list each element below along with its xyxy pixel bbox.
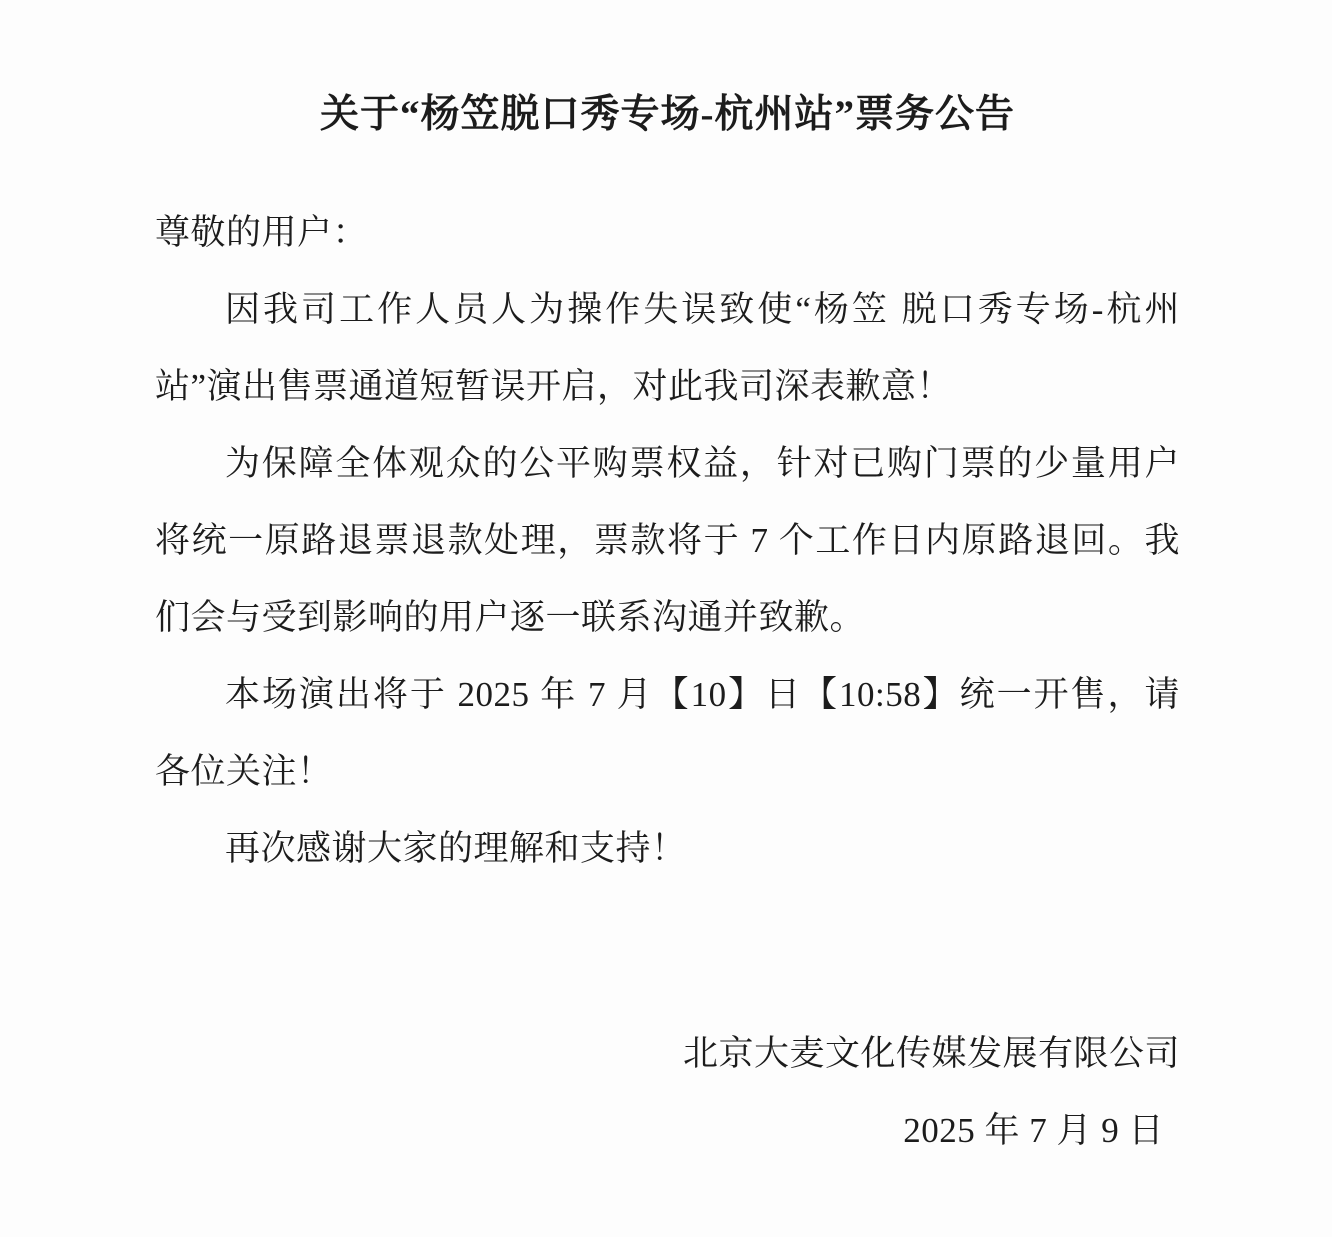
paragraph-onsale-time: 本场演出将于 2025 年 7 月【10】日【10:58】统一开售，请各位关注！ xyxy=(155,656,1180,810)
signature-company: 北京大麦文化传媒发展有限公司 xyxy=(155,1015,1180,1092)
announcement-document: 关于“杨笠脱口秀专场-杭州站”票务公告 尊敬的用户： 因我司工作人员人为操作失误… xyxy=(0,0,1332,1237)
salutation-line: 尊敬的用户： xyxy=(155,194,1180,271)
paragraph-apology: 因我司工作人员人为操作失误致使“杨笠 脱口秀专场-杭州站”演出售票通道短暂误开启… xyxy=(155,271,1180,425)
signature-block: 北京大麦文化传媒发展有限公司 2025 年 7 月 9 日 xyxy=(155,1015,1180,1169)
document-title: 关于“杨笠脱口秀专场-杭州站”票务公告 xyxy=(155,88,1180,142)
signature-date: 2025 年 7 月 9 日 xyxy=(155,1092,1180,1169)
paragraph-refund-policy: 为保障全体观众的公平购票权益，针对已购门票的少量用户将统一原路退票退款处理，票款… xyxy=(155,425,1180,656)
document-body: 尊敬的用户： 因我司工作人员人为操作失误致使“杨笠 脱口秀专场-杭州站”演出售票… xyxy=(155,194,1180,887)
paragraph-thanks: 再次感谢大家的理解和支持！ xyxy=(155,810,1180,887)
